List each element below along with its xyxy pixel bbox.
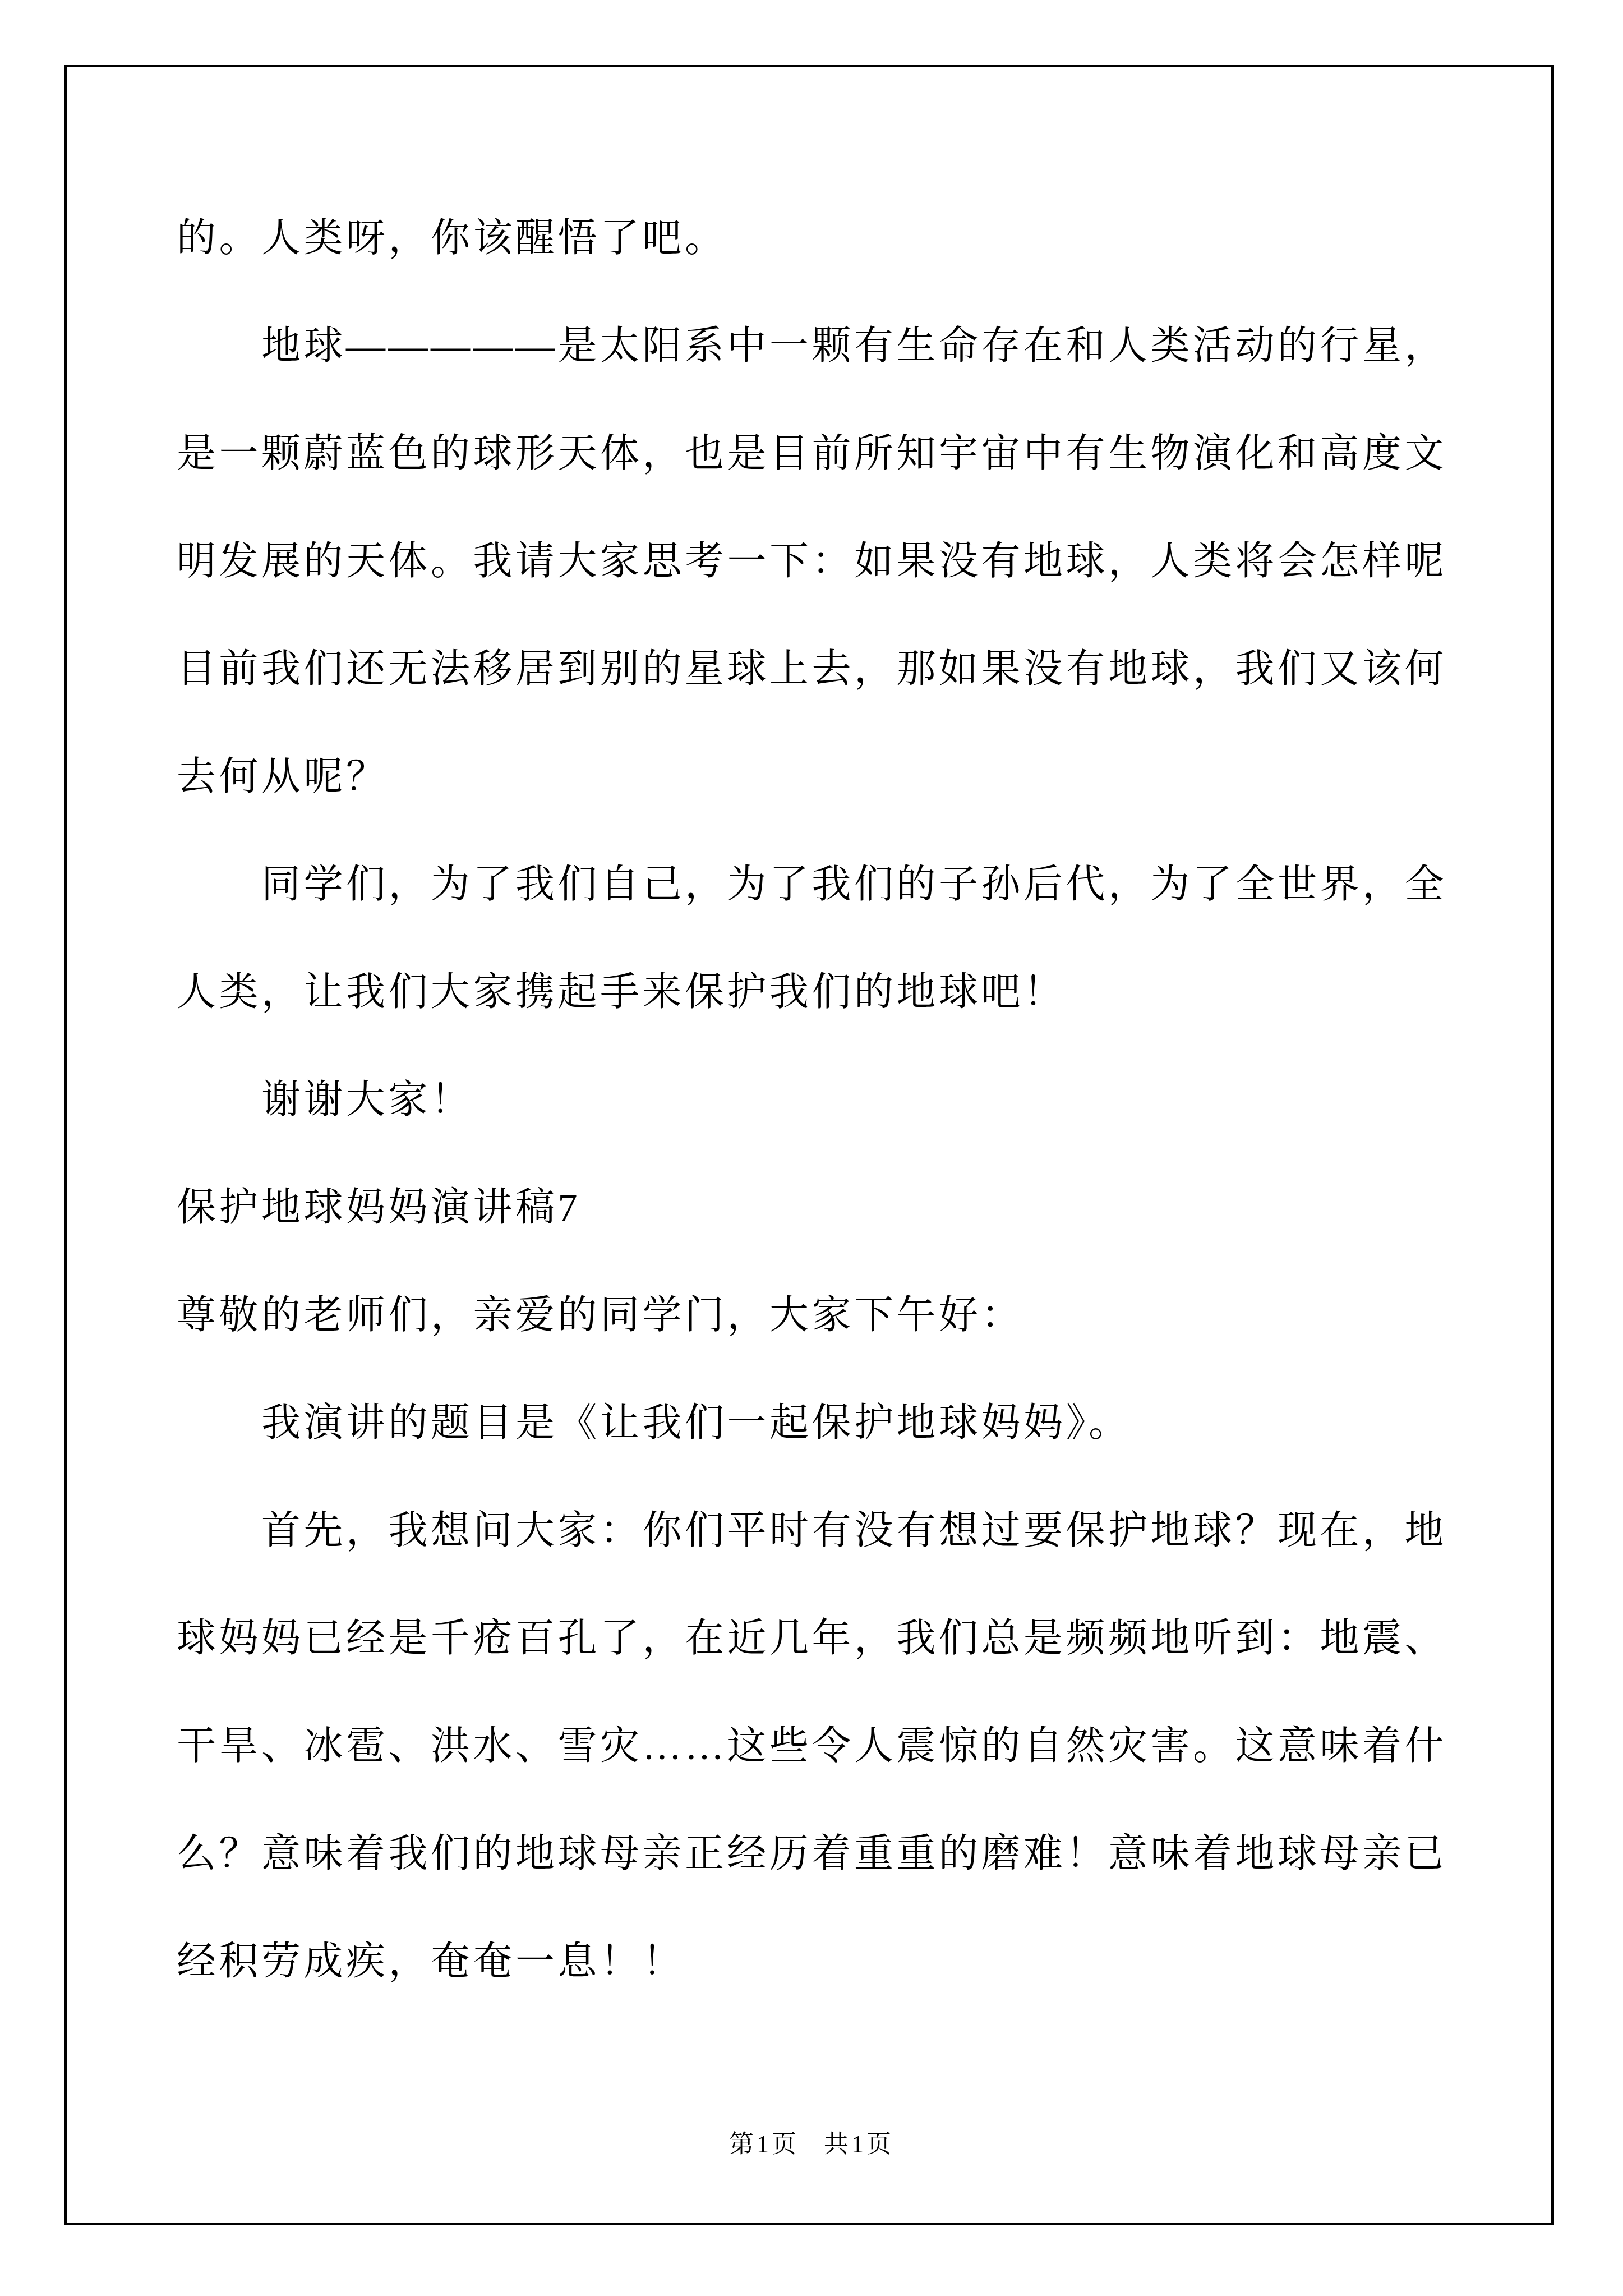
text-line: 么？意味着我们的地球母亲正经历着重重的磨难！意味着地球母亲已 (177, 1801, 1449, 1908)
page-footer: 第1页共1页 (0, 2124, 1623, 2160)
text-line: 球妈妈已经是千疮百孔了，在近几年，我们总是频频地听到：地震、 (177, 1585, 1449, 1693)
text-line: 去何从呢？ (177, 724, 1449, 831)
text-line: 目前我们还无法移居到别的星球上去，那如果没有地球，我们又该何 (177, 616, 1449, 724)
text-line: 谢谢大家！ (177, 1047, 1449, 1154)
text-line: 尊敬的老师们，亲爱的同学门，大家下午好： (177, 1262, 1449, 1370)
text-line: 干旱、冰雹、洪水、雪灾……这些令人震惊的自然灾害。这意味着什 (177, 1693, 1449, 1801)
text-line: 经积劳成疾，奄奄一息！！ (177, 1908, 1449, 2016)
page-number-label: 第1页 (729, 2131, 799, 2158)
text-line: 人类，让我们大家携起手来保护我们的地球吧！ (177, 939, 1449, 1047)
document-page: 的。人类呀，你该醒悟了吧。 地球—————是太阳系中一颗有生命存在和人类活动的行… (0, 0, 1623, 2296)
section-title: 保护地球妈妈演讲稿7 (177, 1154, 1449, 1262)
text-line: 首先，我想问大家：你们平时有没有想过要保护地球？现在，地 (177, 1478, 1449, 1585)
text-line: 同学们，为了我们自己，为了我们的子孙后代，为了全世界，全 (177, 831, 1449, 939)
text-line: 是一颗蔚蓝色的球形天体，也是目前所知宇宙中有生物演化和高度文 (177, 401, 1449, 508)
text-line: 明发展的天体。我请大家思考一下：如果没有地球，人类将会怎样呢 (177, 508, 1449, 616)
text-line: 的。人类呀，你该醒悟了吧。 (177, 185, 1449, 293)
text-line: 地球—————是太阳系中一颗有生命存在和人类活动的行星， (177, 293, 1449, 401)
page-count-label: 共1页 (824, 2131, 894, 2158)
document-content: 的。人类呀，你该醒悟了吧。 地球—————是太阳系中一颗有生命存在和人类活动的行… (177, 185, 1449, 2016)
text-line: 我演讲的题目是《让我们一起保护地球妈妈》。 (177, 1370, 1449, 1478)
